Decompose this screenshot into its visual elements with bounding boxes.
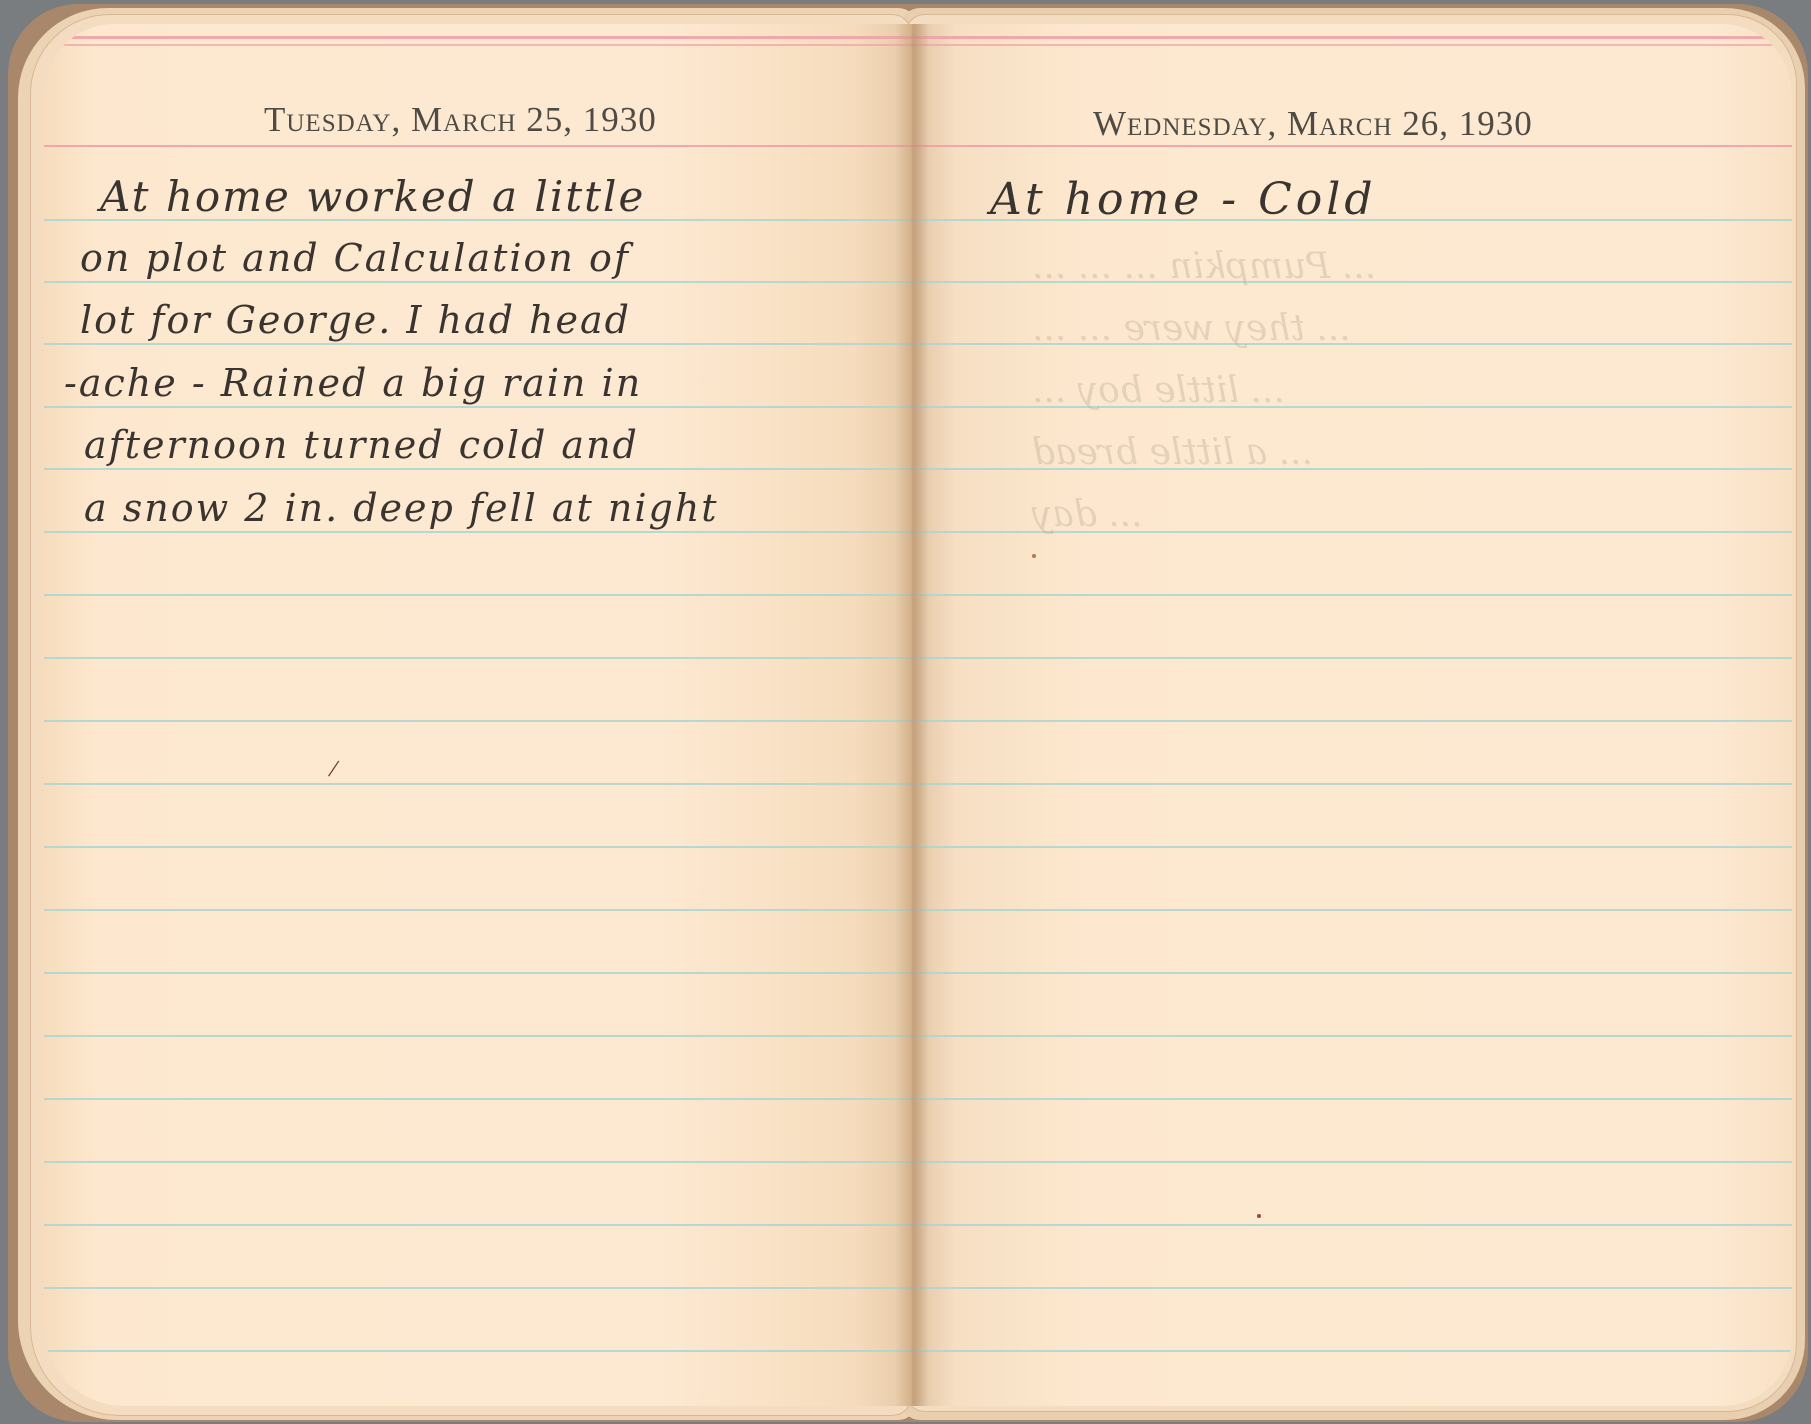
ruled-line	[912, 1350, 1792, 1352]
ruled-line	[44, 1035, 914, 1037]
ruled-line	[912, 657, 1792, 659]
pink-rule	[912, 145, 1792, 147]
ruled-line	[44, 468, 914, 470]
ruled-line	[912, 594, 1792, 596]
ruled-line	[44, 1350, 914, 1352]
ruled-line	[44, 406, 914, 408]
ruled-line	[44, 846, 914, 848]
entry-line: At home worked a little	[100, 172, 645, 221]
ruled-line	[44, 1287, 914, 1289]
book-gutter	[895, 24, 929, 1406]
ruled-line	[44, 783, 914, 785]
ruled-line	[912, 1035, 1792, 1037]
pink-rule	[44, 44, 914, 46]
right-page: Wednesday, March 26, 1930 At home - Cold…	[912, 24, 1792, 1406]
ruled-line	[912, 972, 1792, 974]
ruled-line	[44, 1098, 914, 1100]
ruled-line	[912, 783, 1792, 785]
ink-mark: /	[326, 754, 341, 785]
pink-rule	[912, 44, 1792, 46]
bleed-through-text: ... little boy ...	[1032, 370, 1285, 411]
ruled-line	[44, 1161, 914, 1163]
ruled-line	[44, 343, 914, 345]
ruled-line	[44, 594, 914, 596]
bleed-through-text: ... Pumpkin ... ... ...	[1032, 246, 1376, 287]
ruled-line	[44, 720, 914, 722]
ruled-line	[44, 281, 914, 283]
ruled-line	[44, 1224, 914, 1226]
ruled-line	[44, 972, 914, 974]
ruled-line	[912, 1287, 1792, 1289]
entry-line: -ache - Rained a big rain in	[64, 361, 642, 405]
bleed-through-text: ... they were ... ...	[1032, 308, 1351, 349]
bleed-through-text: ... a little bread	[1032, 432, 1313, 473]
ruled-line	[912, 846, 1792, 848]
left-page: Tuesday, March 25, 1930 At home worked a…	[44, 24, 914, 1406]
pink-rule	[44, 145, 914, 147]
ruled-line	[912, 909, 1792, 911]
ruled-line	[912, 1161, 1792, 1163]
ruled-line	[912, 1098, 1792, 1100]
ruled-line	[44, 909, 914, 911]
bleed-through-text: ... day	[1032, 494, 1143, 535]
date-header-right: Wednesday, March 26, 1930	[1093, 104, 1533, 144]
paper-spot	[1257, 1214, 1261, 1218]
pink-rule	[912, 36, 1792, 39]
paper-spot	[1032, 554, 1036, 558]
ruled-line	[44, 657, 914, 659]
date-header-left: Tuesday, March 25, 1930	[264, 100, 657, 140]
ruled-line	[44, 531, 914, 533]
ruled-line	[912, 1224, 1792, 1226]
entry-line: a snow 2 in. deep fell at night	[84, 486, 719, 530]
pink-rule	[44, 36, 914, 39]
ruled-line	[912, 720, 1792, 722]
entry-line: on plot and Calculation of	[80, 236, 630, 280]
entry-line: At home - Cold	[990, 174, 1377, 225]
entry-line: lot for George. I had head	[80, 298, 631, 342]
entry-line: afternoon turned cold and	[84, 423, 639, 467]
